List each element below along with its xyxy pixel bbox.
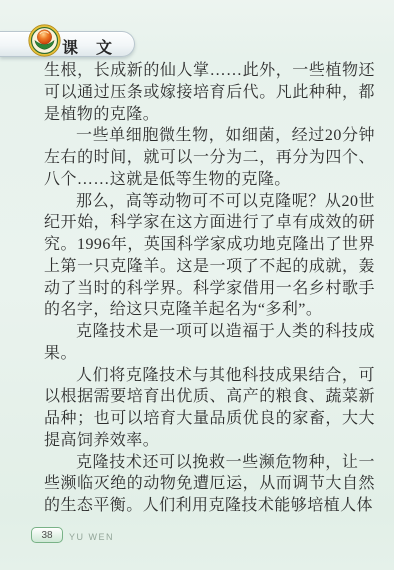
lesson-tab-label: 课 文 [62, 35, 119, 58]
publisher-seedling-logo-icon [28, 24, 61, 57]
page-number-badge: 38 [31, 527, 63, 543]
paragraph: 人们将克隆技术与其他科技成果结合，可以根据需要培育出优质、高产的粮食、蔬菜新品种… [44, 365, 375, 452]
paragraph: 生根，长成新的仙人掌……此外，一些植物还可以通过压条或嫁接培育后代。凡此种种，都… [44, 60, 375, 125]
paragraph: 一些单细胞微生物，如细菌，经过20分钟左右的时间，就可以一分为二，再分为四个、八… [44, 125, 375, 190]
lesson-tab: 课 文 [0, 31, 135, 57]
lesson-text: 生根，长成新的仙人掌……此外，一些植物还可以通过压条或嫁接培育后代。凡此种种，都… [44, 60, 375, 517]
paragraph: 克隆技术是一项可以造福于人类的科技成果。 [44, 321, 375, 365]
paragraph: 那么，高等动物可不可以克隆呢？从20世纪开始，科学家在这方面进行了卓有成效的研究… [44, 191, 375, 322]
subject-label: YU WEN [69, 532, 114, 542]
paragraph: 克隆技术还可以挽救一些濒危物种，让一些濒临灭绝的动物免遭厄运，从而调节大自然的生… [44, 452, 375, 517]
page-number: 38 [41, 530, 52, 541]
